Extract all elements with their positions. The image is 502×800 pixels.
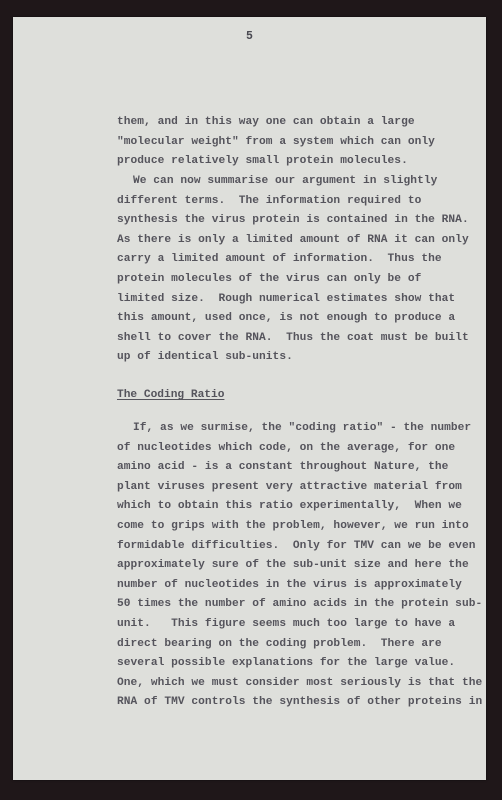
document-page: 5 them, and in this way one can obtain a…	[13, 17, 486, 780]
text-line: If, as we surmise, the "coding ratio" - …	[117, 419, 477, 439]
paragraph-summary: We can now summarise our argument in sli…	[117, 172, 477, 368]
text-line: carry a limited amount of information. T…	[117, 250, 477, 270]
paragraph-coding-ratio: If, as we surmise, the "coding ratio" - …	[117, 419, 477, 713]
text-line: them, and in this way one can obtain a l…	[117, 113, 477, 133]
section-heading: The Coding Ratio	[117, 389, 224, 401]
paragraph-continuation: them, and in this way one can obtain a l…	[117, 113, 477, 172]
text-line: up of identical sub-units.	[117, 348, 477, 368]
text-line: direct bearing on the coding problem. Th…	[117, 635, 477, 655]
text-line: shell to cover the RNA. Thus the coat mu…	[117, 329, 477, 349]
page-number: 5	[13, 30, 486, 43]
text-line: formidable difficulties. Only for TMV ca…	[117, 537, 477, 557]
text-line: unit. This figure seems much too large t…	[117, 615, 477, 635]
text-line: this amount, used once, is not enough to…	[117, 309, 477, 329]
text-line: "molecular weight" from a system which c…	[117, 133, 477, 153]
text-line: RNA of TMV controls the synthesis of oth…	[117, 693, 477, 713]
text-line: number of nucleotides in the virus is ap…	[117, 576, 477, 596]
text-line: 50 times the number of amino acids in th…	[117, 595, 477, 615]
text-line: limited size. Rough numerical estimates …	[117, 290, 477, 310]
text-line: produce relatively small protein molecul…	[117, 152, 477, 172]
text-line: synthesis the virus protein is contained…	[117, 211, 477, 231]
text-line: which to obtain this ratio experimentall…	[117, 497, 477, 517]
text-line: protein molecules of the virus can only …	[117, 270, 477, 290]
text-line: several possible explanations for the la…	[117, 654, 477, 674]
text-line: plant viruses present very attractive ma…	[117, 478, 477, 498]
text-line: different terms. The information require…	[117, 192, 477, 212]
text-line: One, which we must consider most serious…	[117, 674, 477, 694]
text-line: amino acid - is a constant throughout Na…	[117, 458, 477, 478]
text-line: come to grips with the problem, however,…	[117, 517, 477, 537]
text-line: We can now summarise our argument in sli…	[117, 172, 477, 192]
text-line: approximately sure of the sub-unit size …	[117, 556, 477, 576]
text-line: of nucleotides which code, on the averag…	[117, 439, 477, 459]
text-line: As there is only a limited amount of RNA…	[117, 231, 477, 251]
